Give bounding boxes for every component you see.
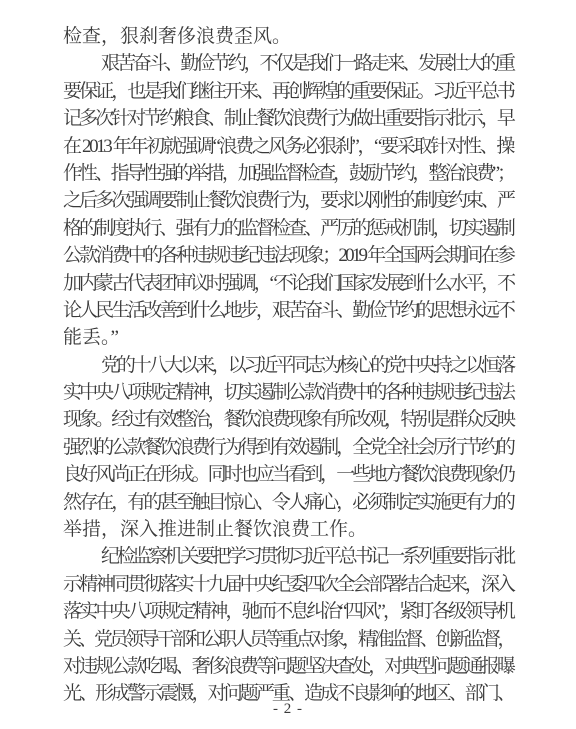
text-line: 艰苦奋斗、勤俭节约，不仅是我们一路走来、发展壮大的重	[63, 50, 513, 77]
text-line-content: 实中央八项规定精神，切实遏制公款消费中的各种违规违纪违法	[63, 382, 513, 403]
text-line-content: 能丢。”	[63, 327, 119, 348]
text-line-content: 现象。经过有效整治，餐饮浪费现象有所改观，特别是群众反映	[63, 409, 513, 430]
text-line-content: 加内蒙古代表团审议时强调，“不论我们国家发展到什么水平，不	[63, 273, 513, 294]
text-line: 记多次针对节约粮食、制止餐饮浪费行为做出重要指示批示，早	[63, 105, 513, 132]
text-line-content: 强烈的公款餐饮浪费行为得到有效遏制，全党全社会厉行节约的	[63, 437, 513, 458]
text-line-content: 纪检监察机关要把学习贯彻习近平总书记一系列重要指示批	[101, 546, 513, 567]
text-line-content: 示精神同贯彻落实十九届中央纪委四次全会部署结合起来，深入	[63, 574, 513, 595]
text-line: 党的十八大以来，以习近平同志为核心的党中央持之以恒落	[63, 352, 513, 379]
text-line-content: 之后多次强调要制止餐饮浪费行为，要求以刚性的制度约束、严	[63, 190, 513, 211]
text-line: 要保证，也是我们继往开来、再创辉煌的重要保证。习近平总书	[63, 78, 513, 105]
text-line: 论人民生活改善到什么地步，艰苦奋斗、勤俭节约的思想永远不	[63, 297, 513, 324]
text-line-content: 检查，狠刹奢侈浪费歪风。	[63, 26, 291, 47]
text-line: 公款消费中的各种违规违纪违法现象；2019 年全国两会期间在参	[63, 242, 513, 269]
text-line: 良好风尚正在形成。同时也应当看到，一些地方餐饮浪费现象仍	[63, 461, 513, 488]
text-line-content: 公款消费中的各种违规违纪违法现象；2019 年全国两会期间在参	[63, 245, 513, 266]
text-line: 纪检监察机关要把学习贯彻习近平总书记一系列重要指示批	[63, 543, 513, 570]
text-line-content: 然存在，有的甚至触目惊心、令人痛心，必须制定实施更有力的	[63, 492, 513, 513]
text-line-content: 艰苦奋斗、勤俭节约，不仅是我们一路走来、发展壮大的重	[101, 53, 513, 74]
text-line: 格的制度执行、强有力的监督检查、严厉的惩戒机制，切实遏制	[63, 215, 513, 242]
text-line: 现象。经过有效整治，餐饮浪费现象有所改观，特别是群众反映	[63, 406, 513, 433]
text-line: 示精神同贯彻落实十九届中央纪委四次全会部署结合起来，深入	[63, 571, 513, 598]
text-line-content: 作性、指导性强的举措，加强监督检查，鼓励节约，整治浪费”；	[63, 163, 513, 184]
text-line: 之后多次强调要制止餐饮浪费行为，要求以刚性的制度约束、严	[63, 187, 513, 214]
text-line: 作性、指导性强的举措，加强监督检查，鼓励节约，整治浪费”；	[63, 160, 513, 187]
text-line: 举措，深入推进制止餐饮浪费工作。	[63, 516, 513, 543]
text-line: 落实中央八项规定精神，驰而不息纠治“四风”，紧盯各级领导机	[63, 598, 513, 625]
text-line: 关、党员领导干部和公职人员等重点对象，精准监督、创新监督，	[63, 626, 513, 653]
text-line-content: 要保证，也是我们继往开来、再创辉煌的重要保证。习近平总书	[63, 81, 513, 102]
text-line-content: 格的制度执行、强有力的监督检查、严厉的惩戒机制，切实遏制	[63, 218, 513, 239]
page-number: - 2 -	[0, 701, 576, 718]
text-line-content: 论人民生活改善到什么地步，艰苦奋斗、勤俭节约的思想永远不	[63, 300, 513, 321]
text-line: 实中央八项规定精神，切实遏制公款消费中的各种违规违纪违法	[63, 379, 513, 406]
document-page: 检查，狠刹奢侈浪费歪风。艰苦奋斗、勤俭节约，不仅是我们一路走来、发展壮大的重要保…	[0, 0, 576, 729]
body-text: 检查，狠刹奢侈浪费歪风。艰苦奋斗、勤俭节约，不仅是我们一路走来、发展壮大的重要保…	[63, 23, 513, 708]
text-line-content: 对违规公款吃喝、奢侈浪费等问题坚决查处，对典型问题通报曝	[63, 656, 513, 677]
text-line: 然存在，有的甚至触目惊心、令人痛心，必须制定实施更有力的	[63, 489, 513, 516]
text-line: 加内蒙古代表团审议时强调，“不论我们国家发展到什么水平，不	[63, 270, 513, 297]
text-line-content: 党的十八大以来，以习近平同志为核心的党中央持之以恒落	[101, 355, 513, 376]
text-line-content: 落实中央八项规定精神，驰而不息纠治“四风”，紧盯各级领导机	[63, 601, 513, 622]
text-line-content: 在 2013 年年初就强调“浪费之风务必狠刹”，“要采取针对性、操	[63, 136, 513, 157]
text-line: 对违规公款吃喝、奢侈浪费等问题坚决查处，对典型问题通报曝	[63, 653, 513, 680]
text-line-content: 举措，深入推进制止餐饮浪费工作。	[63, 519, 367, 540]
text-line: 在 2013 年年初就强调“浪费之风务必狠刹”，“要采取针对性、操	[63, 133, 513, 160]
text-line: 强烈的公款餐饮浪费行为得到有效遏制，全党全社会厉行节约的	[63, 434, 513, 461]
text-line-content: 良好风尚正在形成。同时也应当看到，一些地方餐饮浪费现象仍	[63, 464, 513, 485]
text-line: 检查，狠刹奢侈浪费歪风。	[63, 23, 513, 50]
text-line-content: 记多次针对节约粮食、制止餐饮浪费行为做出重要指示批示，早	[63, 108, 513, 129]
text-line-content: 关、党员领导干部和公职人员等重点对象，精准监督、创新监督，	[63, 629, 513, 650]
text-line: 能丢。”	[63, 324, 513, 351]
